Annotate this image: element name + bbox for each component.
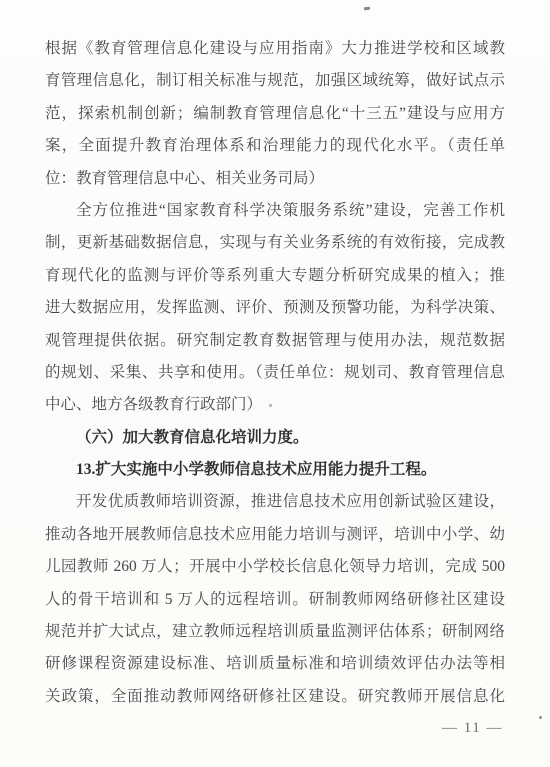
text-line: 儿园教师 260 万人；开展中小学校长信息化领导力培训，完成 500 [45, 551, 505, 583]
page-number: — 11 — [442, 719, 503, 737]
text-line: 推动各地开展教师信息技术应用能力培训与测评，培训中小学、幼 [45, 519, 505, 551]
text-line: 观管理提供依据。研究制定教育数据管理与使用办法，规范数据 [45, 325, 505, 357]
text-line: 根据《教育管理信息化建设与应用指南》大力推进学校和区域教 [45, 33, 505, 65]
text-line: 开发优质教师培训资源，推进信息技术应用创新试验区建设， [45, 486, 505, 518]
text-line: 研修课程资源建设标准、培训质量标准和培训绩效评估办法等相 [45, 648, 505, 680]
text-line: 案，全面提升教育治理体系和治理能力的现代化水平。（责任单 [45, 130, 505, 162]
item-heading: 13.扩大实施中小学教师信息技术应用能力提升工程。 [45, 454, 505, 486]
document-body: 根据《教育管理信息化建设与应用指南》大力推进学校和区域教 育管理信息化，制订相关… [45, 33, 505, 713]
text-line: 人的骨干培训和 5 万人的远程培训。研制教师网络研修社区建设 [45, 584, 505, 616]
scan-speck-top [364, 7, 370, 11]
section-heading: （六）加大教育信息化培训力度。 [45, 422, 505, 454]
text-line: 制，更新基础数据信息，实现与有关业务系统的有效衔接，完成教 [45, 227, 505, 259]
text-line: 进大数据应用，发挥监测、评价、预测及预警功能，为科学决策、宏 [45, 292, 505, 324]
text-line: 的规划、采集、共享和使用。（责任单位：规划司、教育管理信息 [45, 357, 505, 389]
text-line: 全方位推进“国家教育科学决策服务系统”建设，完善工作机 [45, 195, 505, 227]
text-line: 规范并扩大试点，建立教师远程培训质量监测评估体系；研制网络 [45, 616, 505, 648]
text-line: 位：教育管理信息中心、相关业务司局） [45, 163, 505, 195]
text-line: 关政策，全面推动教师网络研修社区建设。研究教师开展信息化 [45, 681, 505, 713]
text-line: 中心、地方各级教育行政部门） [45, 389, 505, 421]
text-line: 育现代化的监测与评价等系列重大专题分析研究成果的植入；推 [45, 260, 505, 292]
scan-speck-bottom [539, 716, 542, 719]
text-line: 范，探索机制创新；编制教育管理信息化“十三五”建设与应用方 [45, 98, 505, 130]
scanned-document-page: 根据《教育管理信息化建设与应用指南》大力推进学校和区域教 育管理信息化，制订相关… [0, 0, 550, 767]
text-line: 育管理信息化，制订相关标准与规范，加强区域统筹，做好试点示 [45, 65, 505, 97]
